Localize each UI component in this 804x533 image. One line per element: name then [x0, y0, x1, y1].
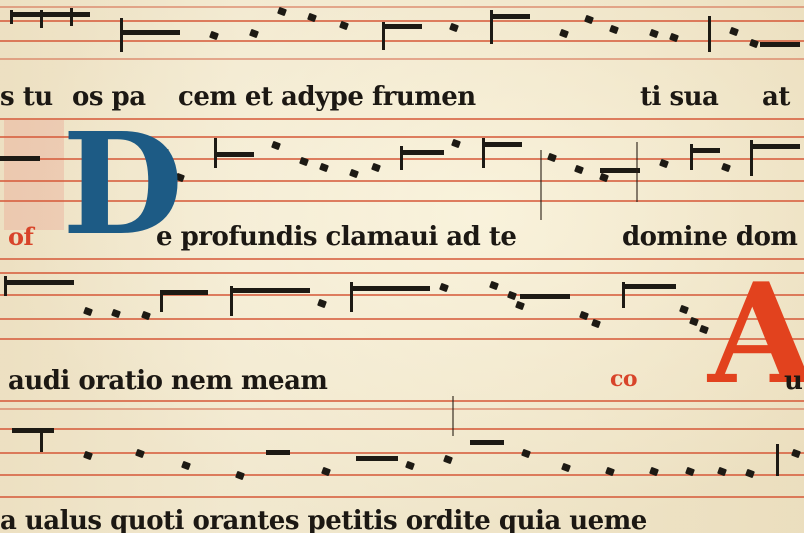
lyric-segment: ti sua — [640, 82, 718, 112]
lyric-segment: cem et adype frumen — [178, 82, 476, 112]
lyric-segment: u — [784, 366, 802, 396]
lyric-segment: a ualus quoti orantes petitis ordite qui… — [0, 506, 647, 533]
lyric-segment: audi oratio nem meam — [8, 366, 327, 396]
lyric-segment: domine dom — [622, 222, 797, 252]
division-line — [540, 150, 542, 220]
division-line — [636, 142, 638, 202]
rubric-text: of — [8, 222, 33, 251]
rubric-text: co — [610, 366, 637, 392]
lyric-segment: s tu — [0, 82, 53, 112]
lyric-segment: at — [762, 82, 790, 112]
neume-row-3 — [0, 270, 804, 330]
lyric-segment: e profundis clamaui ad te — [156, 222, 516, 252]
neume-row-4 — [0, 420, 804, 480]
neume-row-1 — [0, 0, 804, 60]
red-initial-a: A — [708, 268, 788, 400]
blue-initial-d: D — [62, 120, 154, 250]
manuscript-page: s tu os pa cem et adype frumen ti sua at — [0, 0, 804, 533]
